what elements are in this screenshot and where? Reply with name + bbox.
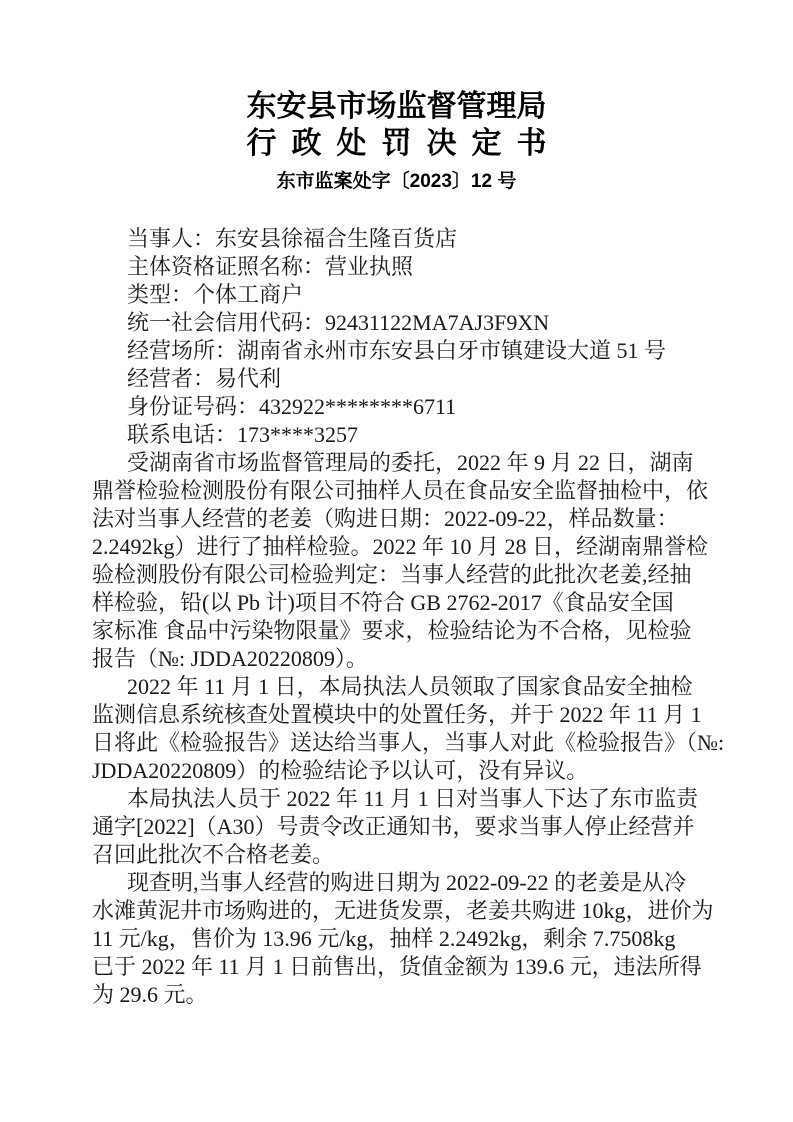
document-body: 当事人：东安县徐福合生隆百货店主体资格证照名称：营业执照类型：个体工商户统一社会… [0,225,793,1009]
penalty-decision-document: 东安县市场监督管理局 行政处罚决定书 东市监案处字〔2023〕12 号 当事人：… [0,0,793,1122]
body-line: 经营者：易代利 [92,365,733,393]
body-line: 受湖南省市场监督管理局的委托，2022 年 9 月 22 日，湖南 [92,449,733,477]
body-line: 本局执法人员于 2022 年 11 月 1 日对当事人下达了东市监责 [92,785,733,813]
body-line: JDDA20220809）的检验结论予以认可，没有异议。 [92,757,733,785]
body-line: 报告（№: JDDA20220809）。 [92,645,733,673]
body-line: 水滩黄泥井市场购进的，无进货发票，老姜共购进 10kg，进价为 [92,897,733,925]
body-line: 通字[2022]（A30）号责令改正通知书，要求当事人停止经营并 [92,813,733,841]
body-line: 监测信息系统核查处置模块中的处置任务，并于 2022 年 11 月 1 [92,701,733,729]
document-header: 东安县市场监督管理局 行政处罚决定书 东市监案处字〔2023〕12 号 [0,0,793,195]
body-line: 现查明,当事人经营的购进日期为 2022-09-22 的老姜是从冷 [92,869,733,897]
body-line: 法对当事人经营的老姜（购进日期：2022-09-22，样品数量： [92,505,733,533]
document-number: 东市监案处字〔2023〕12 号 [0,169,793,195]
body-line: 主体资格证照名称：营业执照 [92,253,733,281]
body-line: 11 元/kg，售价为 13.96 元/kg，抽样 2.2492kg，剩余 7.… [92,925,733,953]
body-line: 联系电话：173****3257 [92,421,733,449]
body-line: 鼎誉检验检测股份有限公司抽样人员在食品安全监督抽检中，依 [92,477,733,505]
body-line: 当事人：东安县徐福合生隆百货店 [92,225,733,253]
body-line: 统一社会信用代码：92431122MA7AJ3F9XN [92,309,733,337]
body-line: 家标准 食品中污染物限量》要求，检验结论为不合格，见检验 [92,617,733,645]
body-line: 2.2492kg）进行了抽样检验。2022 年 10 月 28 日，经湖南鼎誉检 [92,533,733,561]
issuing-authority-title: 东安县市场监督管理局 [0,88,793,125]
body-line: 验检测股份有限公司检验判定：当事人经营的此批次老姜,经抽 [92,561,733,589]
document-title: 行政处罚决定书 [0,125,793,163]
body-line: 已于 2022 年 11 月 1 日前售出，货值金额为 139.6 元，违法所得 [92,953,733,981]
body-line: 经营场所：湖南省永州市东安县白牙市镇建设大道 51 号 [92,337,733,365]
body-line: 2022 年 11 月 1 日，本局执法人员领取了国家食品安全抽检 [92,673,733,701]
body-line: 日将此《检验报告》送达给当事人，当事人对此《检验报告》（№: [92,729,733,757]
body-line: 身份证号码：432922********6711 [92,393,733,421]
body-line: 样检验，铅(以 Pb 计)项目不符合 GB 2762-2017《食品安全国 [92,589,733,617]
body-line: 为 29.6 元。 [92,981,733,1009]
body-line: 类型：个体工商户 [92,281,733,309]
body-line: 召回此批次不合格老姜。 [92,841,733,869]
